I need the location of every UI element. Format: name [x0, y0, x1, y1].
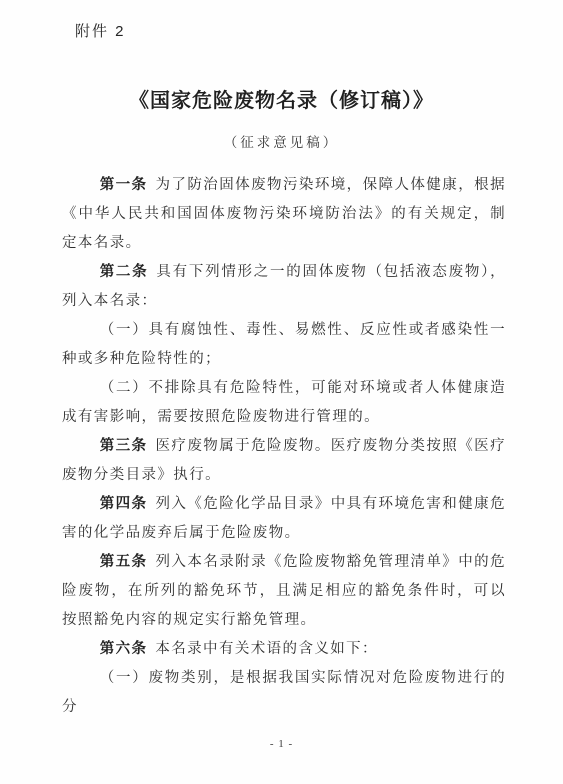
- document-subtitle: （征求意见稿）: [0, 131, 563, 151]
- paragraph: （一）具有腐蚀性、毒性、易燃性、反应性或者感染性一种或多种危险特性的；: [62, 316, 506, 374]
- paragraph: 第六条本名录中有关术语的含义如下：: [62, 635, 506, 664]
- paragraph: （一）废物类别，是根据我国实际情况对危险废物进行的分: [62, 664, 506, 722]
- paragraph-text: （一）具有腐蚀性、毒性、易燃性、反应性或者感染性一种或多种危险特性的；: [62, 322, 506, 367]
- attachment-label: 附件 2: [75, 20, 126, 41]
- article-number: 第一条: [100, 177, 148, 193]
- paragraph: 第四条列入《危险化学品目录》中具有环境危害和健康危害的化学品废弃后属于危险废物。: [62, 490, 506, 548]
- paragraph-text: 本名录中有关术语的含义如下：: [155, 641, 378, 657]
- paragraph-text: （一）废物类别，是根据我国实际情况对危险废物进行的分: [62, 670, 506, 715]
- article-number: 第六条: [100, 641, 148, 657]
- paragraph: （二）不排除具有危险特性，可能对环境或者人体健康造成有害影响，需要按照危险废物进…: [62, 374, 506, 432]
- paragraph: 第一条为了防治固体废物污染环境，保障人体健康，根据《中华人民共和国固体废物污染环…: [62, 171, 506, 258]
- paragraph: 第五条列入本名录附录《危险废物豁免管理清单》中的危险废物，在所列的豁免环节，且满…: [62, 548, 506, 635]
- document-page: 附件 2 《国家危险废物名录（修订稿）》 （征求意见稿） 第一条为了防治固体废物…: [0, 0, 563, 784]
- article-number: 第二条: [100, 264, 149, 280]
- article-number: 第四条: [100, 496, 148, 512]
- paragraph: 第二条具有下列情形之一的固体废物（包括液态废物），列入本名录：: [62, 258, 506, 316]
- article-number: 第三条: [100, 438, 148, 454]
- paragraph-text: （二）不排除具有危险特性，可能对环境或者人体健康造成有害影响，需要按照危险废物进…: [62, 380, 506, 425]
- page-number: - 1 -: [0, 738, 563, 750]
- document-title: 《国家危险废物名录（修订稿）》: [0, 84, 563, 113]
- article-number: 第五条: [100, 554, 148, 570]
- document-body: 第一条为了防治固体废物污染环境，保障人体健康，根据《中华人民共和国固体废物污染环…: [62, 171, 506, 722]
- paragraph: 第三条医疗废物属于危险废物。医疗废物分类按照《医疗废物分类目录》执行。: [62, 432, 506, 490]
